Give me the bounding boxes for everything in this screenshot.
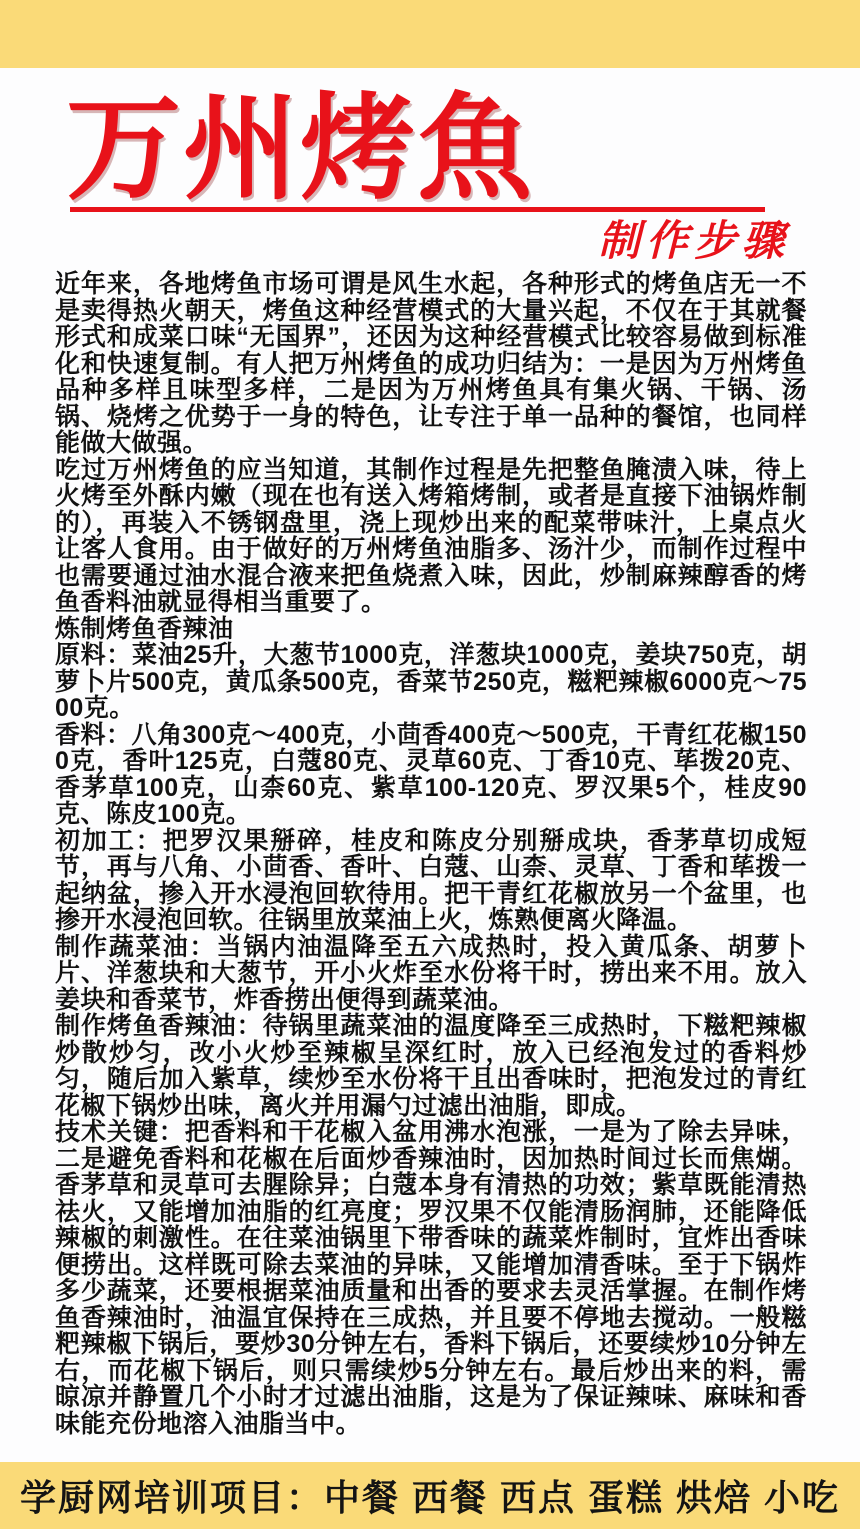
page-subtitle: 制作步骤 [0, 218, 790, 264]
body-paragraph-intro: 近年来，各地烤鱼市场可谓是风生水起，各种形式的烤鱼店无一不是卖得热火朝天，烤鱼这… [55, 271, 807, 457]
body-paragraph-ingredients: 原料：菜油25升，大葱节1000克，洋葱块1000克，姜块750克，胡萝卜片50… [55, 642, 807, 722]
footer-bar: 学厨网培训项目：中餐 西餐 西点 蛋糕 烘焙 小吃 [0, 1462, 860, 1529]
title-underline [70, 207, 765, 212]
recipe-body: 近年来，各地烤鱼市场可谓是风生水起，各种形式的烤鱼店无一不是卖得热火朝天，烤鱼这… [55, 271, 807, 1437]
top-yellow-band [0, 0, 860, 68]
body-section-heading-oil: 炼制烤鱼香辣油 [55, 616, 807, 643]
body-paragraph-key-points: 技术关键：把香料和干花椒入盆用沸水泡涨，一是为了除去异味，二是避免香料和花椒在后… [55, 1119, 807, 1437]
body-paragraph-process: 吃过万州烤鱼的应当知道，其制作过程是先把整鱼腌渍入味，待上火烤至外酥内嫩（现在也… [55, 457, 807, 616]
page-title: 万州烤魚 [66, 92, 534, 207]
body-paragraph-vegetable-oil: 制作蔬菜油：当锅内油温降至五六成热时，投入黄瓜条、胡萝卜片、洋葱块和大葱节，开小… [55, 934, 807, 1014]
body-paragraph-prep: 初加工：把罗汉果掰碎，桂皮和陈皮分别掰成块，香茅草切成短节，再与八角、小茴香、香… [55, 828, 807, 934]
recipe-poster: 万州烤魚 制作步骤 近年来，各地烤鱼市场可谓是风生水起，各种形式的烤鱼店无一不是… [0, 0, 860, 1529]
body-paragraph-spices: 香料：八角300克～400克，小茴香400克～500克，干青红花椒1500克，香… [55, 722, 807, 828]
footer-text: 学厨网培训项目：中餐 西餐 西点 蛋糕 烘焙 小吃 [20, 1470, 840, 1521]
body-paragraph-chili-oil: 制作烤鱼香辣油：待锅里蔬菜油的温度降至三成热时，下糍粑辣椒炒散炒匀，改小火炒至辣… [55, 1013, 807, 1119]
